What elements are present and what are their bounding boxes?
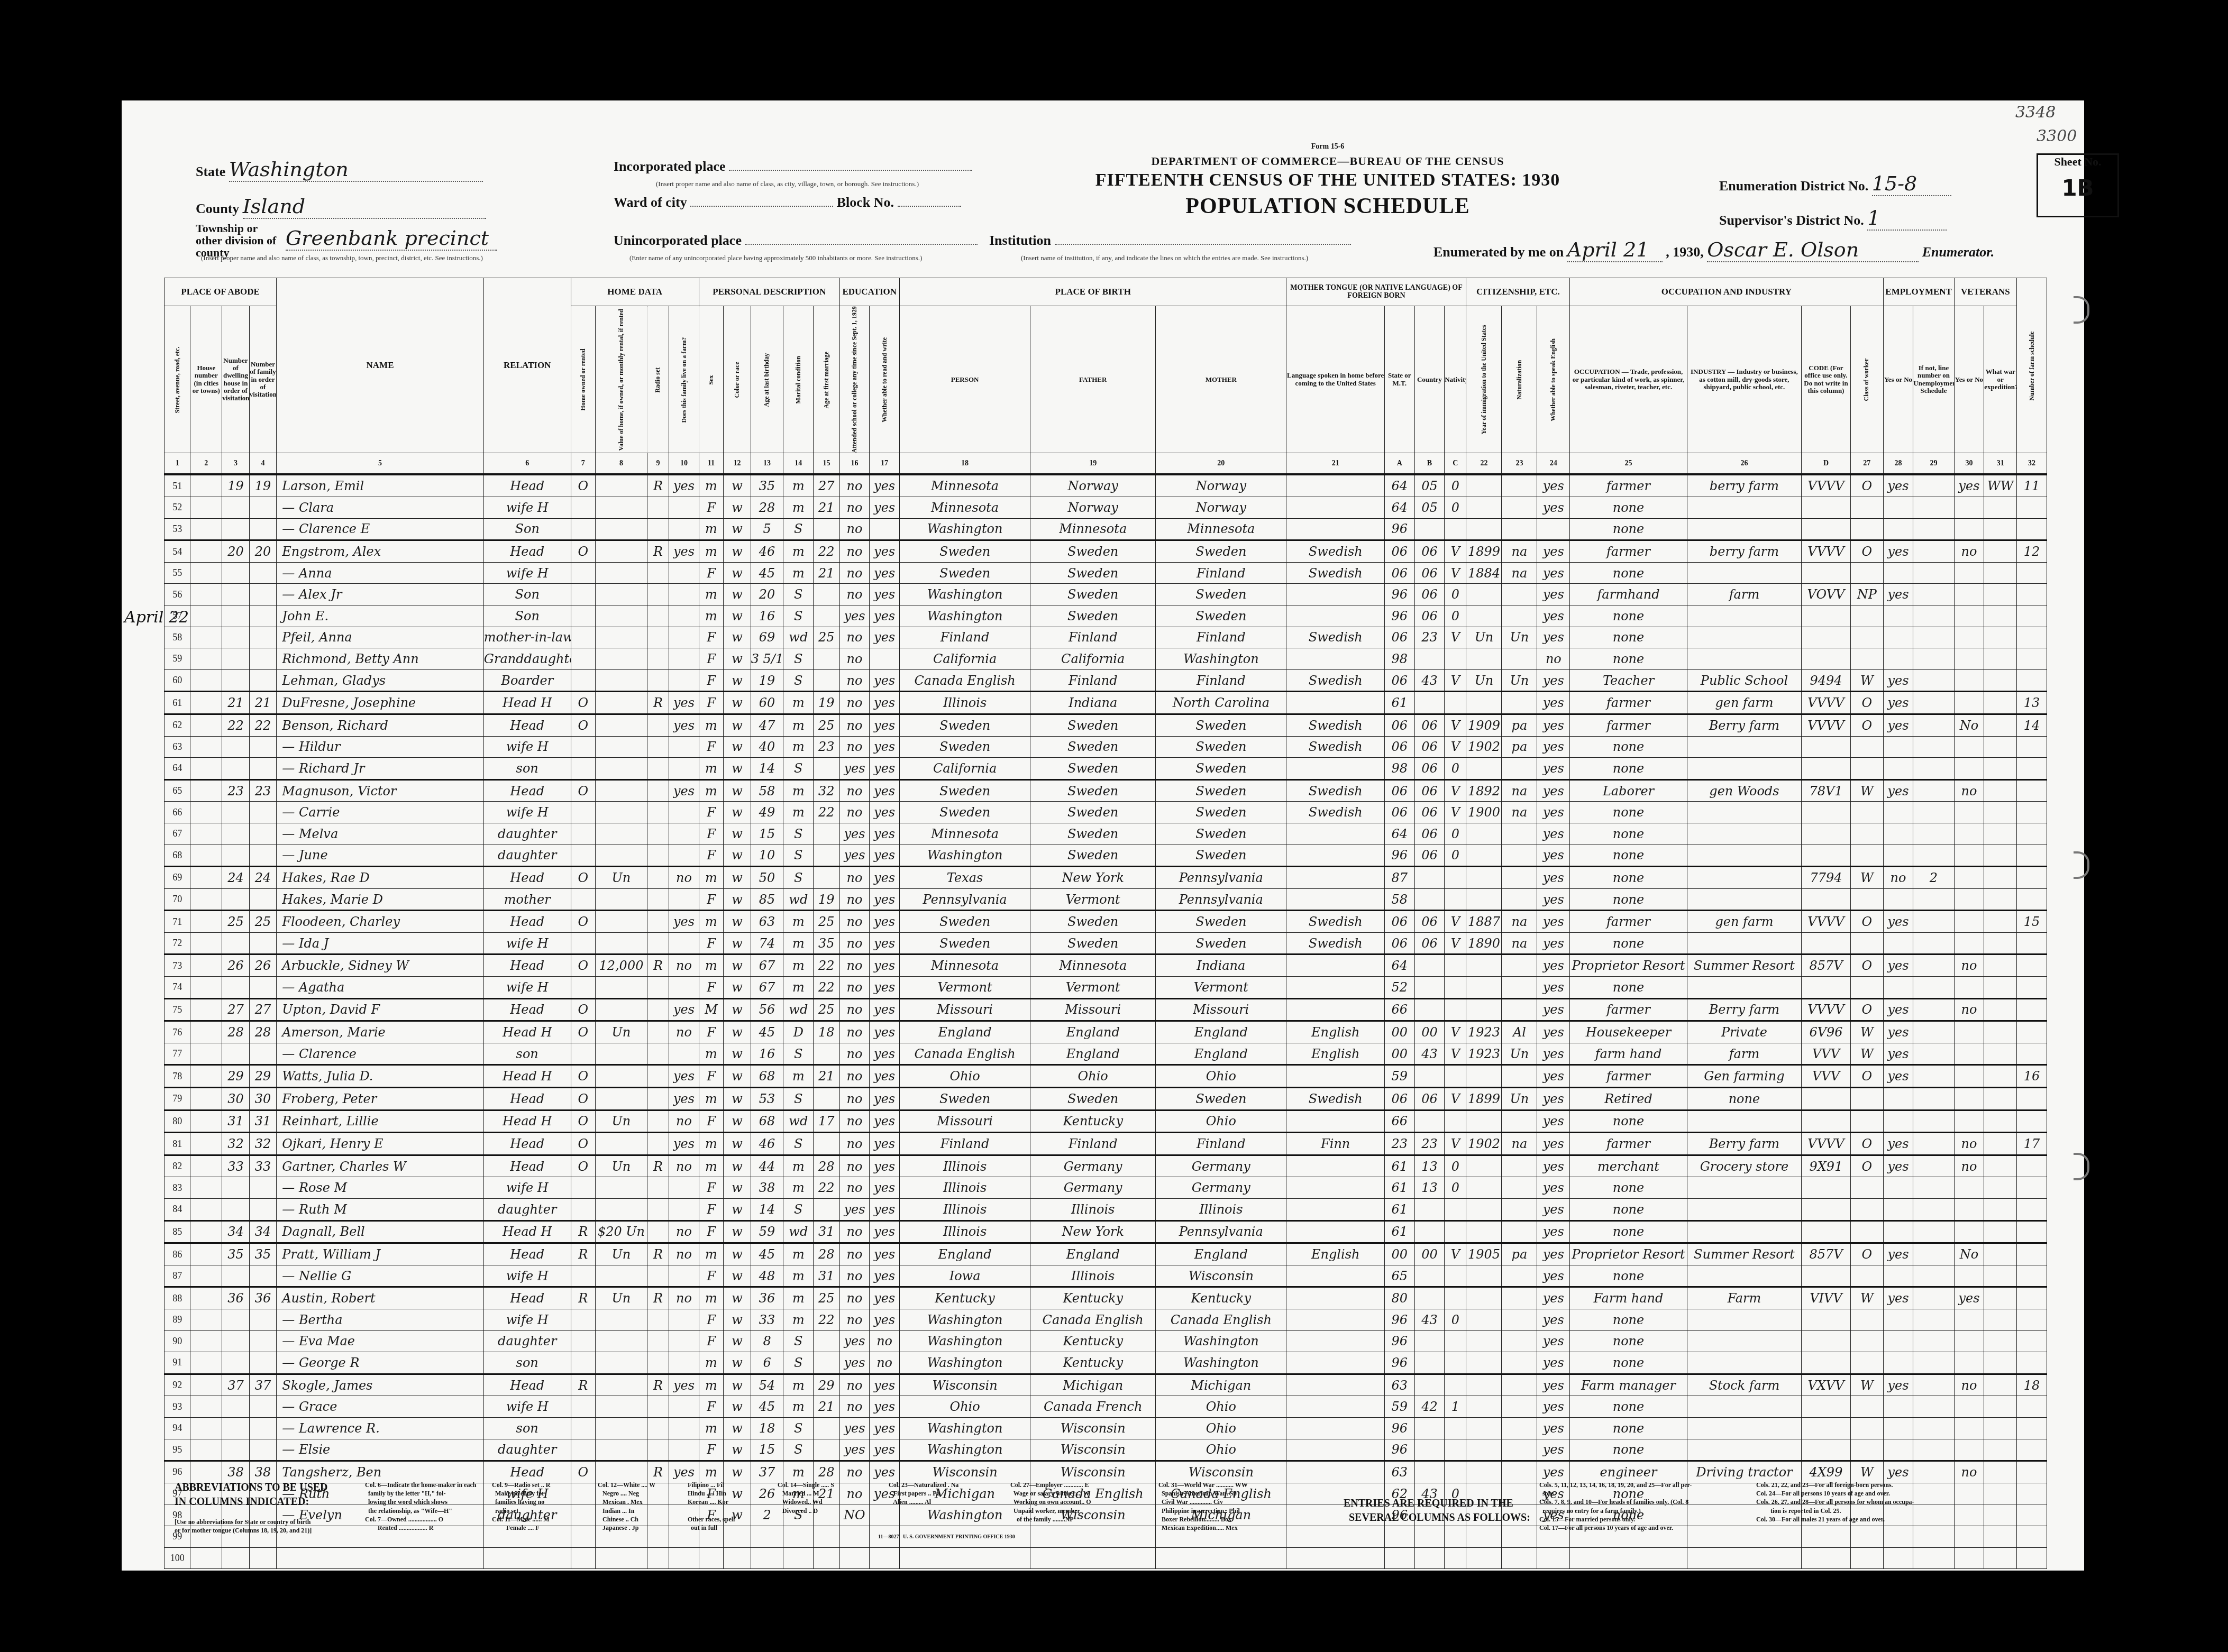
person-name: — Clara [277, 497, 484, 519]
speaks-english: yes [1537, 736, 1570, 758]
col-number: 5 [277, 453, 484, 475]
mother-tongue: English [1286, 1021, 1384, 1043]
age-first-marriage [814, 823, 840, 845]
immigration-year [1466, 977, 1502, 999]
mother-tongue [1286, 648, 1384, 670]
immigration-year [1466, 1396, 1502, 1418]
birthplace-father: Sweden [1030, 823, 1156, 845]
family-number [249, 802, 277, 823]
sheet-label: Sheet No. [2038, 155, 2117, 169]
war [1984, 627, 2017, 648]
line-number: 94 [165, 1417, 190, 1439]
code-c: 0 [1445, 758, 1466, 780]
family-number [249, 518, 277, 540]
relation: Boarder [483, 669, 571, 692]
mother-tongue [1286, 605, 1384, 627]
person-name: Magnuson, Victor [277, 779, 484, 802]
birthplace-person: Missouri [899, 1110, 1030, 1133]
line-number: 63 [165, 736, 190, 758]
person-name: Hakes, Rae D [277, 867, 484, 889]
group-place-of-birth: PLACE OF BIRTH [899, 278, 1286, 306]
unemployment-line [1913, 1374, 1954, 1396]
unemployment-line [1913, 540, 1954, 563]
birthplace-mother: Ohio [1156, 1110, 1286, 1133]
speaks-english: yes [1537, 802, 1570, 823]
col-1-label: Street, avenue, road, etc. [165, 306, 190, 453]
entries-rules-b: Cols. 21, 22, and 23—For all foreign-bor… [1756, 1481, 1914, 1523]
age-first-marriage [814, 1133, 840, 1155]
race: w [724, 1243, 751, 1265]
home-value [596, 1396, 647, 1418]
farm: yes [669, 911, 699, 933]
age: 18 [751, 1417, 783, 1439]
attended-school: no [839, 497, 870, 519]
age: 45 [751, 1021, 783, 1043]
house-number [190, 1330, 222, 1352]
read-write: yes [870, 1220, 900, 1243]
attended-school: no [839, 1265, 870, 1287]
race: w [724, 845, 751, 867]
at-work: yes [1883, 1133, 1913, 1155]
line-number: 86 [165, 1243, 190, 1265]
birthplace-father: Ohio [1030, 1065, 1156, 1088]
read-write: yes [870, 1199, 900, 1221]
class-of-worker: O [1850, 692, 1883, 714]
immigration-year: 1884 [1466, 562, 1502, 584]
house-number [190, 540, 222, 563]
birthplace-person: Minnesota [899, 497, 1030, 519]
naturalization [1502, 1220, 1537, 1243]
naturalization [1502, 888, 1537, 911]
birthplace-mother: Sweden [1156, 845, 1286, 867]
table-row: 93— Gracewife HFw45m21noyesOhioCanada Fr… [165, 1396, 2047, 1418]
age-first-marriage: 25 [814, 627, 840, 648]
occupation-code [1802, 1417, 1851, 1439]
person-name: Froberg, Peter [277, 1088, 484, 1110]
veteran [1954, 932, 1984, 955]
marital-condition: S [783, 1439, 814, 1461]
age: 63 [751, 911, 783, 933]
house-number [190, 584, 222, 605]
farm-schedule [2017, 1287, 2047, 1309]
age: 68 [751, 1065, 783, 1088]
age-first-marriage: 22 [814, 540, 840, 563]
war [1984, 1155, 2017, 1177]
family-number: 26 [249, 955, 277, 977]
birthplace-father: Sweden [1030, 779, 1156, 802]
code-b: 06 [1414, 911, 1445, 933]
col-31-label: What war or expedition? [1984, 306, 2017, 453]
code-c [1445, 1265, 1466, 1287]
person-name: — Grace [277, 1396, 484, 1418]
age: 67 [751, 955, 783, 977]
house-number [190, 1110, 222, 1133]
code-b: 06 [1414, 562, 1445, 584]
home-owned-rented [571, 1177, 595, 1199]
relation: Head [483, 1374, 571, 1396]
war [1984, 714, 2017, 736]
line-number: 57 [165, 605, 190, 627]
occupation-code: 9X91 [1802, 1155, 1851, 1177]
industry: gen farm [1687, 692, 1801, 714]
naturalization [1502, 474, 1537, 497]
read-write: yes [870, 562, 900, 584]
immigration-year: 1902 [1466, 736, 1502, 758]
home-owned-rented [571, 888, 595, 911]
speaks-english: no [1537, 648, 1570, 670]
attended-school: no [839, 911, 870, 933]
race: w [724, 911, 751, 933]
house-number [190, 955, 222, 977]
sex: m [699, 758, 723, 780]
birthplace-person: Illinois [899, 692, 1030, 714]
mother-tongue [1286, 1396, 1384, 1418]
read-write: yes [870, 736, 900, 758]
marital-condition: S [783, 867, 814, 889]
speaks-english: yes [1537, 1088, 1570, 1110]
occupation: farm hand [1570, 1043, 1687, 1065]
read-write: yes [870, 1065, 900, 1088]
occupation: none [1570, 867, 1687, 889]
veteran [1954, 1177, 1984, 1199]
radio-set [647, 714, 669, 736]
mother-tongue [1286, 584, 1384, 605]
age: 16 [751, 1043, 783, 1065]
farm [669, 1177, 699, 1199]
naturalization: na [1502, 779, 1537, 802]
at-work: yes [1883, 955, 1913, 977]
occupation: none [1570, 1199, 1687, 1221]
radio-set [647, 1309, 669, 1330]
at-work [1883, 1352, 1913, 1374]
relation: Head [483, 1133, 571, 1155]
code-a: 61 [1384, 1220, 1414, 1243]
occupation: none [1570, 845, 1687, 867]
veteran: no [1954, 955, 1984, 977]
class-of-worker [1850, 648, 1883, 670]
birthplace-father: Finland [1030, 1133, 1156, 1155]
person-name: Pratt, William J [277, 1243, 484, 1265]
birthplace-mother: Sweden [1156, 714, 1286, 736]
class-of-worker [1850, 1265, 1883, 1287]
veteran [1954, 562, 1984, 584]
sex: F [699, 562, 723, 584]
code-a: 06 [1384, 669, 1414, 692]
entries-title: ENTRIES ARE REQUIRED IN THE SEVERAL COLU… [1344, 1497, 1530, 1525]
radio-set [647, 1043, 669, 1065]
code-c: 0 [1445, 497, 1466, 519]
radio-set [647, 823, 669, 845]
col-27-label: Class of worker [1850, 306, 1883, 453]
house-number [190, 1065, 222, 1088]
occupation-code [1802, 977, 1851, 999]
abbrev-col27: Col. 27—Employer ............ E Wage or … [1010, 1481, 1091, 1523]
war [1984, 845, 2017, 867]
unemployment-line [1913, 1243, 1954, 1265]
dwelling-number: 35 [222, 1243, 250, 1265]
unemployment-line [1913, 518, 1954, 540]
industry: Berry farm [1687, 1133, 1801, 1155]
house-number [190, 497, 222, 519]
birthplace-person: Minnesota [899, 823, 1030, 845]
person-name: DuFresne, Josephine [277, 692, 484, 714]
code-c: V [1445, 540, 1466, 563]
relation: Son [483, 518, 571, 540]
industry: gen farm [1687, 911, 1801, 933]
race: w [724, 1330, 751, 1352]
table-row: 542020Engstrom, AlexHeadORyesmw46m22noye… [165, 540, 2047, 563]
house-number [190, 1374, 222, 1396]
abbrev-col9: Col. 9—Radio set .. R Make no entry for … [492, 1481, 550, 1532]
home-owned-rented [571, 562, 595, 584]
unemployment-line [1913, 1199, 1954, 1221]
race: w [724, 802, 751, 823]
race: w [724, 692, 751, 714]
farm-schedule [2017, 562, 2047, 584]
attended-school: yes [839, 1352, 870, 1374]
birthplace-father: New York [1030, 1220, 1156, 1243]
radio-set [647, 627, 669, 648]
code-b: 43 [1414, 1309, 1445, 1330]
line-number: 82 [165, 1155, 190, 1177]
birthplace-father: Kentucky [1030, 1287, 1156, 1309]
class-of-worker: O [1850, 1065, 1883, 1088]
code-b [1414, 1220, 1445, 1243]
home-owned-rented [571, 669, 595, 692]
war [1984, 1352, 2017, 1374]
naturalization [1502, 1330, 1537, 1352]
birthplace-mother: Ohio [1156, 1396, 1286, 1418]
farm [669, 932, 699, 955]
house-number [190, 911, 222, 933]
birthplace-father: England [1030, 1021, 1156, 1043]
mother-tongue: Swedish [1286, 669, 1384, 692]
at-work [1883, 977, 1913, 999]
relation: Head [483, 1088, 571, 1110]
census-sheet: State Washington County Island Township … [122, 100, 2084, 1571]
veteran: no [1954, 998, 1984, 1021]
code-a: 06 [1384, 714, 1414, 736]
birthplace-mother: Wisconsin [1156, 1265, 1286, 1287]
attended-school: no [839, 648, 870, 670]
age: 59 [751, 1220, 783, 1243]
unincorporated-value [745, 244, 978, 245]
home-value [596, 605, 647, 627]
table-row: 91— George Rsonmw6SyesnoWashingtonKentuc… [165, 1352, 2047, 1374]
radio-set [647, 1439, 669, 1461]
veteran: No [1954, 714, 1984, 736]
occupation: farmhand [1570, 584, 1687, 605]
mother-tongue: Swedish [1286, 627, 1384, 648]
age-first-marriage [814, 845, 840, 867]
naturalization [1502, 1110, 1537, 1133]
immigration-year: Un [1466, 627, 1502, 648]
birthplace-mother: Minnesota [1156, 518, 1286, 540]
immigration-year: 1899 [1466, 1088, 1502, 1110]
war [1984, 758, 2017, 780]
code-b [1414, 692, 1445, 714]
speaks-english: yes [1537, 1220, 1570, 1243]
person-name: — George R [277, 1352, 484, 1374]
family-number: 19 [249, 474, 277, 497]
farm-schedule: 15 [2017, 911, 2047, 933]
home-owned-rented: R [571, 1220, 595, 1243]
person-name: Upton, David F [277, 998, 484, 1021]
ed-value: 15-8 [1872, 172, 1951, 196]
col-14-label: Marital condition [783, 306, 814, 453]
age-first-marriage [814, 1439, 840, 1461]
radio-set [647, 1220, 669, 1243]
occupation: none [1570, 1177, 1687, 1199]
table-row: 803131Reinhart, LillieHead HOUnnoFw68wd1… [165, 1110, 2047, 1133]
occupation-code [1802, 1265, 1851, 1287]
farm-schedule [2017, 888, 2047, 911]
immigration-year [1466, 518, 1502, 540]
sex: F [699, 1309, 723, 1330]
farm: yes [669, 779, 699, 802]
occupation: merchant [1570, 1155, 1687, 1177]
farm-schedule [2017, 584, 2047, 605]
farm: yes [669, 1088, 699, 1110]
family-number: 22 [249, 714, 277, 736]
code-b: 05 [1414, 474, 1445, 497]
dwelling-number: 19 [222, 474, 250, 497]
speaks-english: yes [1537, 1110, 1570, 1133]
birthplace-father: Sweden [1030, 562, 1156, 584]
veteran [1954, 1065, 1984, 1088]
occupation: none [1570, 497, 1687, 519]
dwelling-number: 28 [222, 1021, 250, 1043]
family-number: 34 [249, 1220, 277, 1243]
dwelling-number [222, 1043, 250, 1065]
age: 3 5/12 [751, 648, 783, 670]
column-number-row: 123456789101112131415161718192021ABC2223… [165, 453, 2047, 475]
code-c: 0 [1445, 474, 1466, 497]
birthplace-father: Wisconsin [1030, 1417, 1156, 1439]
home-value [596, 627, 647, 648]
occupation: none [1570, 888, 1687, 911]
attended-school: yes [839, 845, 870, 867]
house-number [190, 1155, 222, 1177]
col-32-label: Number of farm schedule [2017, 278, 2047, 453]
occupation: none [1570, 1220, 1687, 1243]
line-number: 67 [165, 823, 190, 845]
occupation-code [1802, 1177, 1851, 1199]
house-number [190, 605, 222, 627]
code-c [1445, 1287, 1466, 1309]
code-b [1414, 955, 1445, 977]
naturalization [1502, 1065, 1537, 1088]
naturalization: Un [1502, 627, 1537, 648]
naturalization: na [1502, 562, 1537, 584]
farm-schedule [2017, 1439, 2047, 1461]
age: 44 [751, 1155, 783, 1177]
war [1984, 1374, 2017, 1396]
col-number: 17 [870, 453, 900, 475]
age-first-marriage [814, 1352, 840, 1374]
radio-set: R [647, 1287, 669, 1309]
code-a: 66 [1384, 1110, 1414, 1133]
class-of-worker: W [1850, 1043, 1883, 1065]
war [1984, 802, 2017, 823]
class-of-worker: O [1850, 714, 1883, 736]
col-number: C [1445, 453, 1466, 475]
person-name: — Anna [277, 562, 484, 584]
family-number [249, 888, 277, 911]
speaks-english: yes [1537, 540, 1570, 563]
immigration-year: 1890 [1466, 932, 1502, 955]
person-name: — Richard Jr [277, 758, 484, 780]
abbrev-col6: Col. 6—Indicate the home-maker in each f… [365, 1481, 476, 1532]
class-of-worker: O [1850, 1133, 1883, 1155]
at-work [1883, 627, 1913, 648]
read-write: yes [870, 1417, 900, 1439]
industry [1687, 867, 1801, 889]
relation: wife H [483, 1177, 571, 1199]
line-number: 77 [165, 1043, 190, 1065]
marital-condition: wd [783, 888, 814, 911]
unemployment-line: 2 [1913, 867, 1954, 889]
race: w [724, 497, 751, 519]
radio-set [647, 648, 669, 670]
birthplace-mother: Sweden [1156, 758, 1286, 780]
at-work [1883, 562, 1913, 584]
person-name: Larson, Emil [277, 474, 484, 497]
line-number: 73 [165, 955, 190, 977]
immigration-year [1466, 1374, 1502, 1396]
family-number [249, 627, 277, 648]
speaks-english: yes [1537, 888, 1570, 911]
immigration-year [1466, 845, 1502, 867]
marital-condition: m [783, 977, 814, 999]
code-a: 96 [1384, 1352, 1414, 1374]
col-7-label: Home owned or rented [571, 306, 595, 453]
birthplace-father: Illinois [1030, 1199, 1156, 1221]
sex: m [699, 1155, 723, 1177]
enumerated-year: , 1930, [1666, 244, 1704, 260]
state-value: Washington [229, 158, 483, 182]
radio-set [647, 1110, 669, 1133]
home-value [596, 518, 647, 540]
veteran [1954, 627, 1984, 648]
industry: berry farm [1687, 474, 1801, 497]
class-of-worker [1850, 1439, 1883, 1461]
marital-condition: m [783, 692, 814, 714]
dwelling-number [222, 669, 250, 692]
speaks-english: yes [1537, 714, 1570, 736]
unemployment-line [1913, 911, 1954, 933]
table-row: 823333Gartner, Charles WHeadOUnRnomw44m2… [165, 1155, 2047, 1177]
radio-set: R [647, 1243, 669, 1265]
code-a: 06 [1384, 1088, 1414, 1110]
code-c [1445, 1220, 1466, 1243]
group-place-of-abode: PLACE OF ABODE [165, 278, 277, 306]
attended-school: no [839, 1088, 870, 1110]
at-work: yes [1883, 779, 1913, 802]
attended-school: yes [839, 605, 870, 627]
line-number: 80 [165, 1110, 190, 1133]
relation: Head [483, 714, 571, 736]
ward-field: Ward of city Block No. [614, 195, 961, 210]
code-a: 58 [1384, 888, 1414, 911]
house-number [190, 1199, 222, 1221]
industry [1687, 648, 1801, 670]
race: w [724, 584, 751, 605]
relation: Head H [483, 1021, 571, 1043]
radio-set [647, 497, 669, 519]
code-c: V [1445, 1021, 1466, 1043]
industry [1687, 1309, 1801, 1330]
